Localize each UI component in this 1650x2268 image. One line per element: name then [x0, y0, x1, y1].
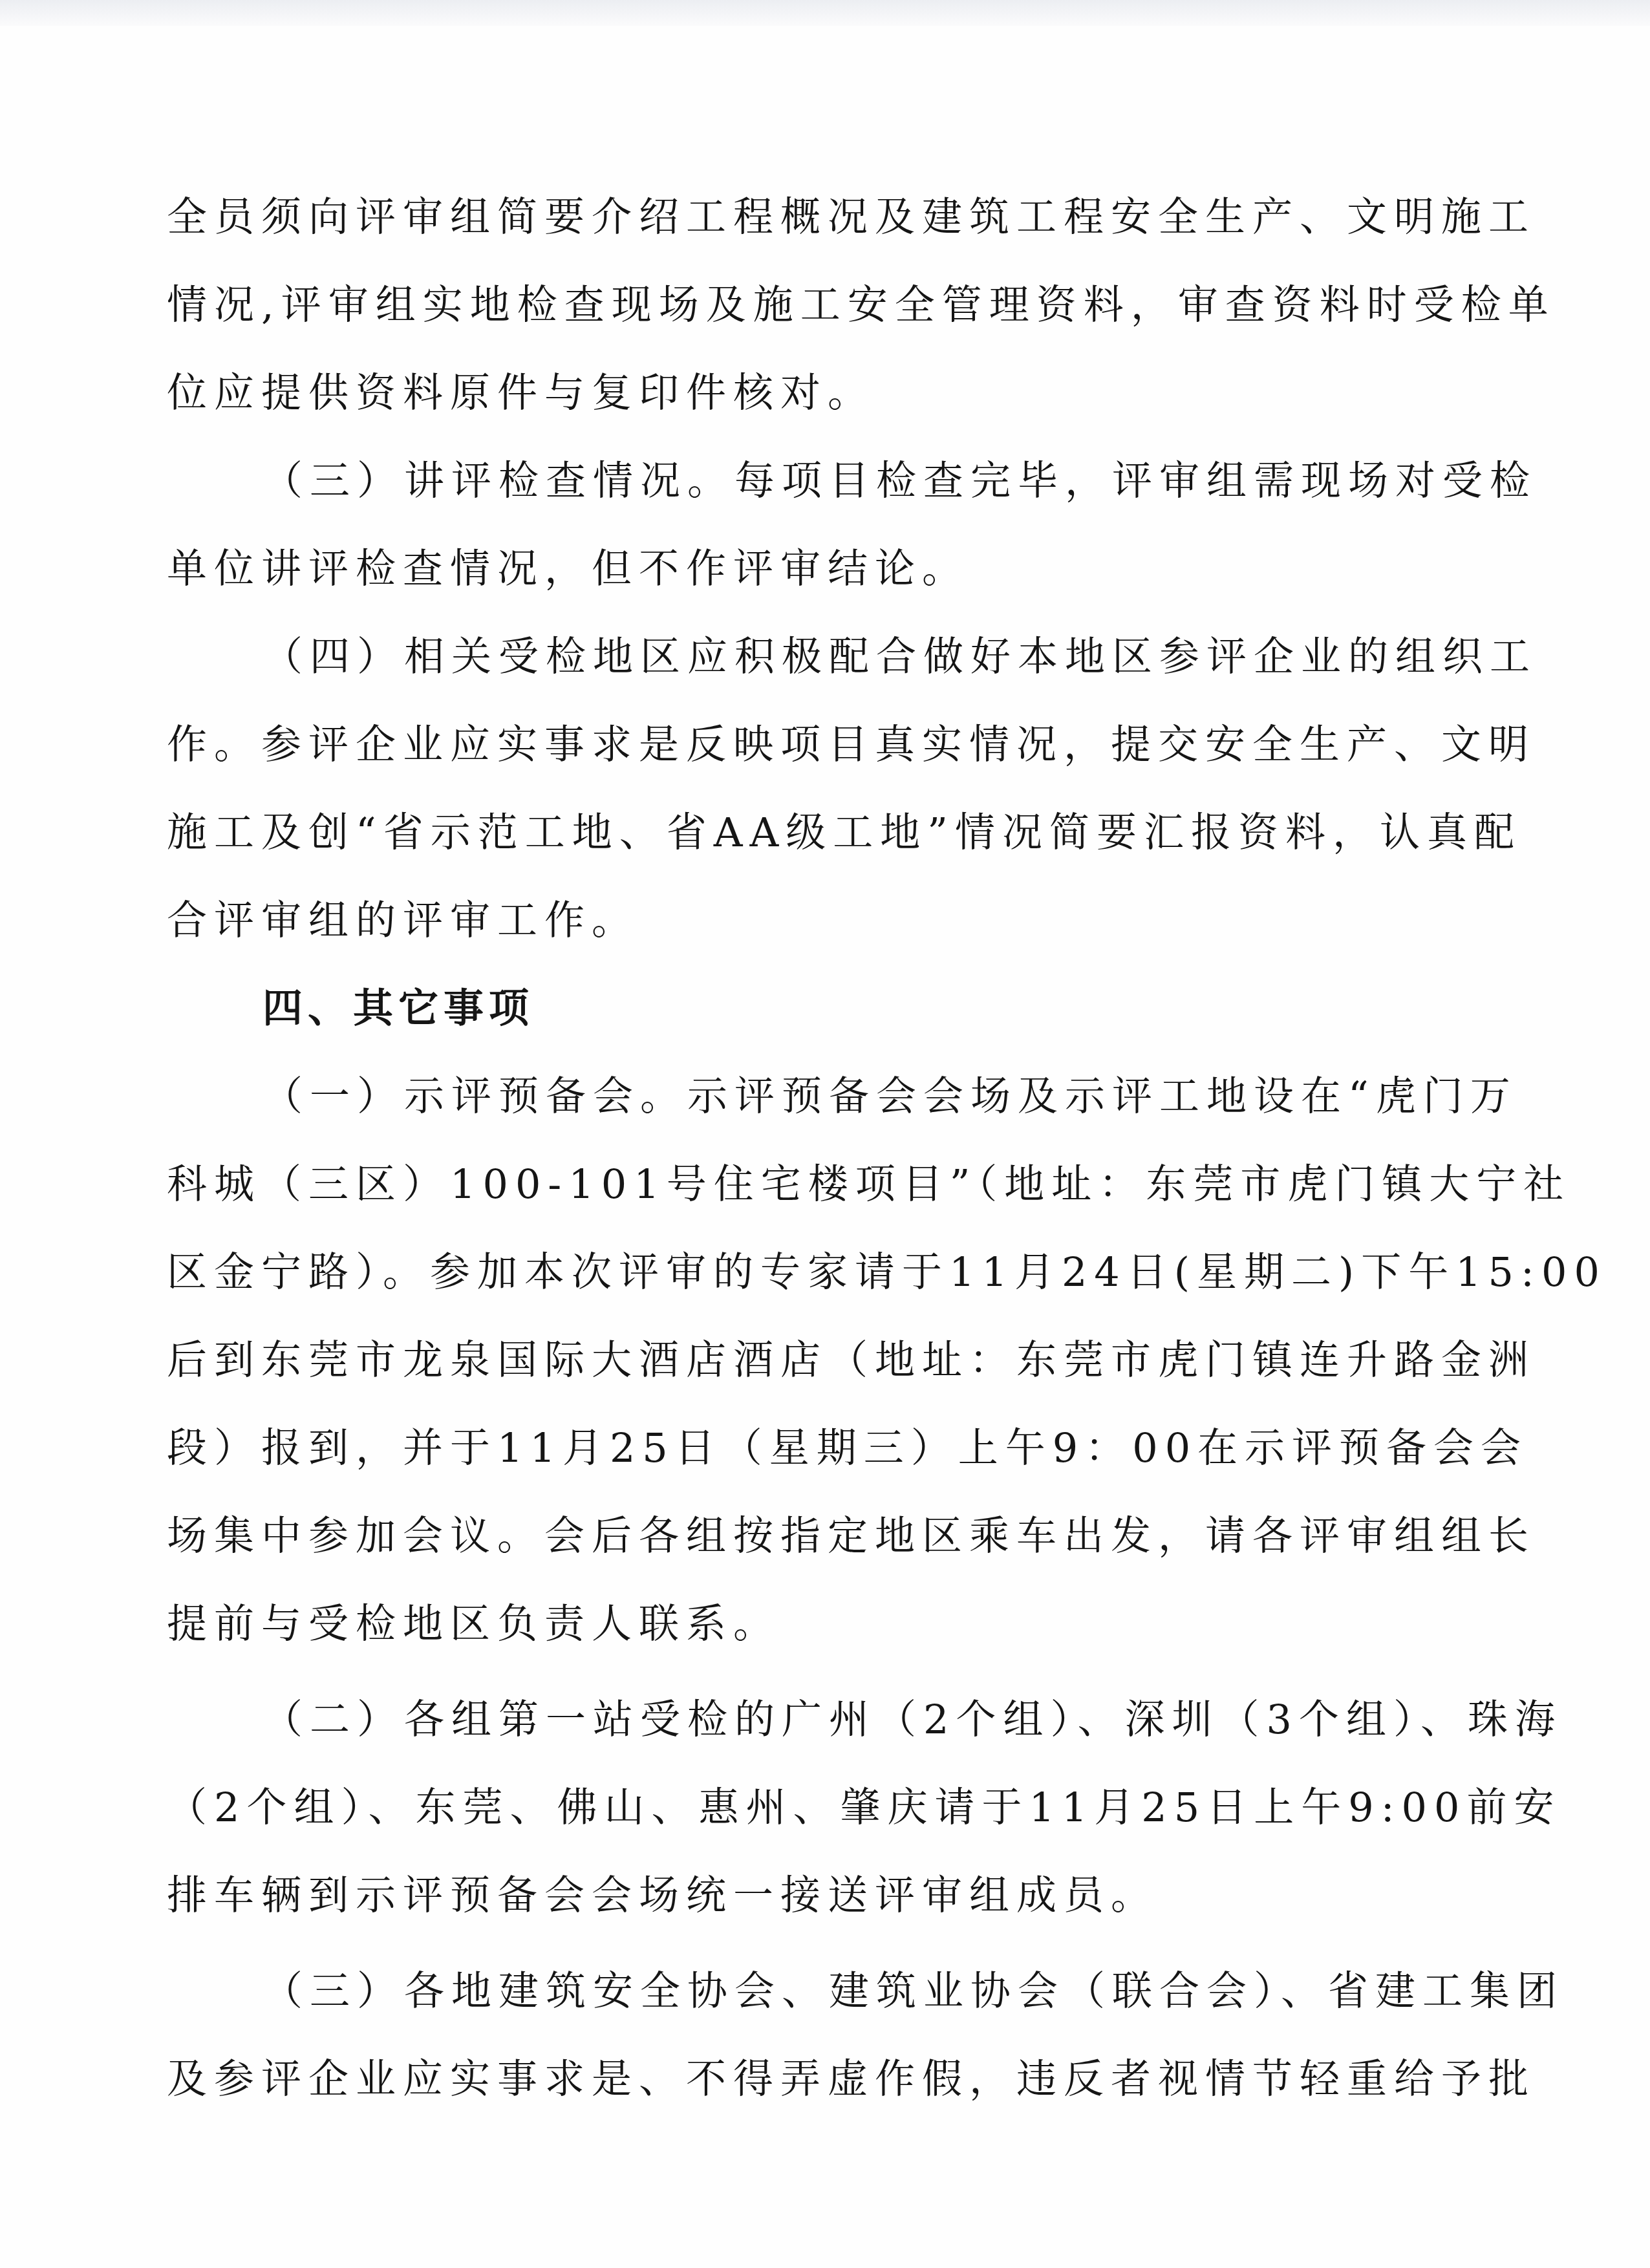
paragraph-item-3-review: （三）讲评检查情况。每项目检查完毕，评审组需现场对受检 单位讲评检查情况，但不作…: [167, 437, 1434, 613]
text-line: 区金宁路）。参加本次评审的专家请于11月24日(星期二)下午15:00: [167, 1228, 1434, 1316]
text-line: 科城（三区）100-101号住宅楼项目”（地址：东莞市虎门镇大宁社: [167, 1140, 1434, 1228]
text-line: 作。参评企业应实事求是反映项目真实情况，提交安全生产、文明: [167, 701, 1434, 789]
text-line: 排车辆到示评预备会会场统一接送评审组成员。: [167, 1852, 1434, 1940]
paragraph-item-4-cooperation: （四）相关受检地区应积极配合做好本地区参评企业的组织工 作。参评企业应实事求是反…: [167, 613, 1434, 965]
paragraph-other-2-transport: （二）各组第一站受检的广州（2个组）、深圳（3个组）、珠海 （2个组）、东莞、佛…: [167, 1676, 1434, 1940]
paragraph-other-1-prep-meeting: （一）示评预备会。示评预备会会场及示评工地设在“虎门万 科城（三区）100-10…: [167, 1053, 1434, 1668]
section-heading-other-matters: 四、其它事项: [167, 965, 1434, 1053]
text-line: 位应提供资料原件与复印件核对。: [167, 349, 1434, 437]
paragraph-gap: [167, 1668, 1434, 1676]
text-line: （二）各组第一站受检的广州（2个组）、深圳（3个组）、珠海: [167, 1676, 1434, 1764]
text-line: 段）报到，并于11月25日（星期三）上午9：00在示评预备会会: [167, 1404, 1434, 1492]
text-line: （一）示评预备会。示评预备会会场及示评工地设在“虎门万: [167, 1053, 1434, 1140]
text-line: （三）讲评检查情况。每项目检查完毕，评审组需现场对受检: [167, 437, 1434, 525]
scan-edge-shadow: [0, 0, 1650, 26]
text-line: （三）各地建筑安全协会、建筑业协会（联合会）、省建工集团: [167, 1947, 1434, 2035]
paragraph-inspection-continuation: 全员须向评审组简要介绍工程概况及建筑工程安全生产、文明施工 情况,评审组实地检查…: [167, 173, 1434, 437]
text-line: 后到东莞市龙泉国际大酒店酒店（地址：东莞市虎门镇连升路金洲: [167, 1316, 1434, 1404]
text-line: 全员须向评审组简要介绍工程概况及建筑工程安全生产、文明施工: [167, 173, 1434, 261]
paragraph-gap: [167, 1940, 1434, 1947]
text-line: 提前与受检地区负责人联系。: [167, 1580, 1434, 1668]
text-line: 施工及创“省示范工地、省AA级工地”情况简要汇报资料，认真配: [167, 789, 1434, 877]
text-line: 及参评企业应实事求是、不得弄虚作假，违反者视情节轻重给予批: [167, 2035, 1434, 2123]
text-line: （2个组）、东莞、佛山、惠州、肇庆请于11月25日上午9:00前安: [167, 1764, 1434, 1852]
text-line: 单位讲评检查情况，但不作评审结论。: [167, 525, 1434, 613]
text-line: 合评审组的评审工作。: [167, 877, 1434, 965]
paragraph-other-3-integrity: （三）各地建筑安全协会、建筑业协会（联合会）、省建工集团 及参评企业应实事求是、…: [167, 1947, 1434, 2123]
document-page: 全员须向评审组简要介绍工程概况及建筑工程安全生产、文明施工 情况,评审组实地检查…: [167, 173, 1434, 2123]
text-line: （四）相关受检地区应积极配合做好本地区参评企业的组织工: [167, 613, 1434, 701]
text-line: 情况,评审组实地检查现场及施工安全管理资料，审查资料时受检单: [167, 261, 1434, 349]
text-line: 场集中参加会议。会后各组按指定地区乘车出发，请各评审组组长: [167, 1492, 1434, 1580]
